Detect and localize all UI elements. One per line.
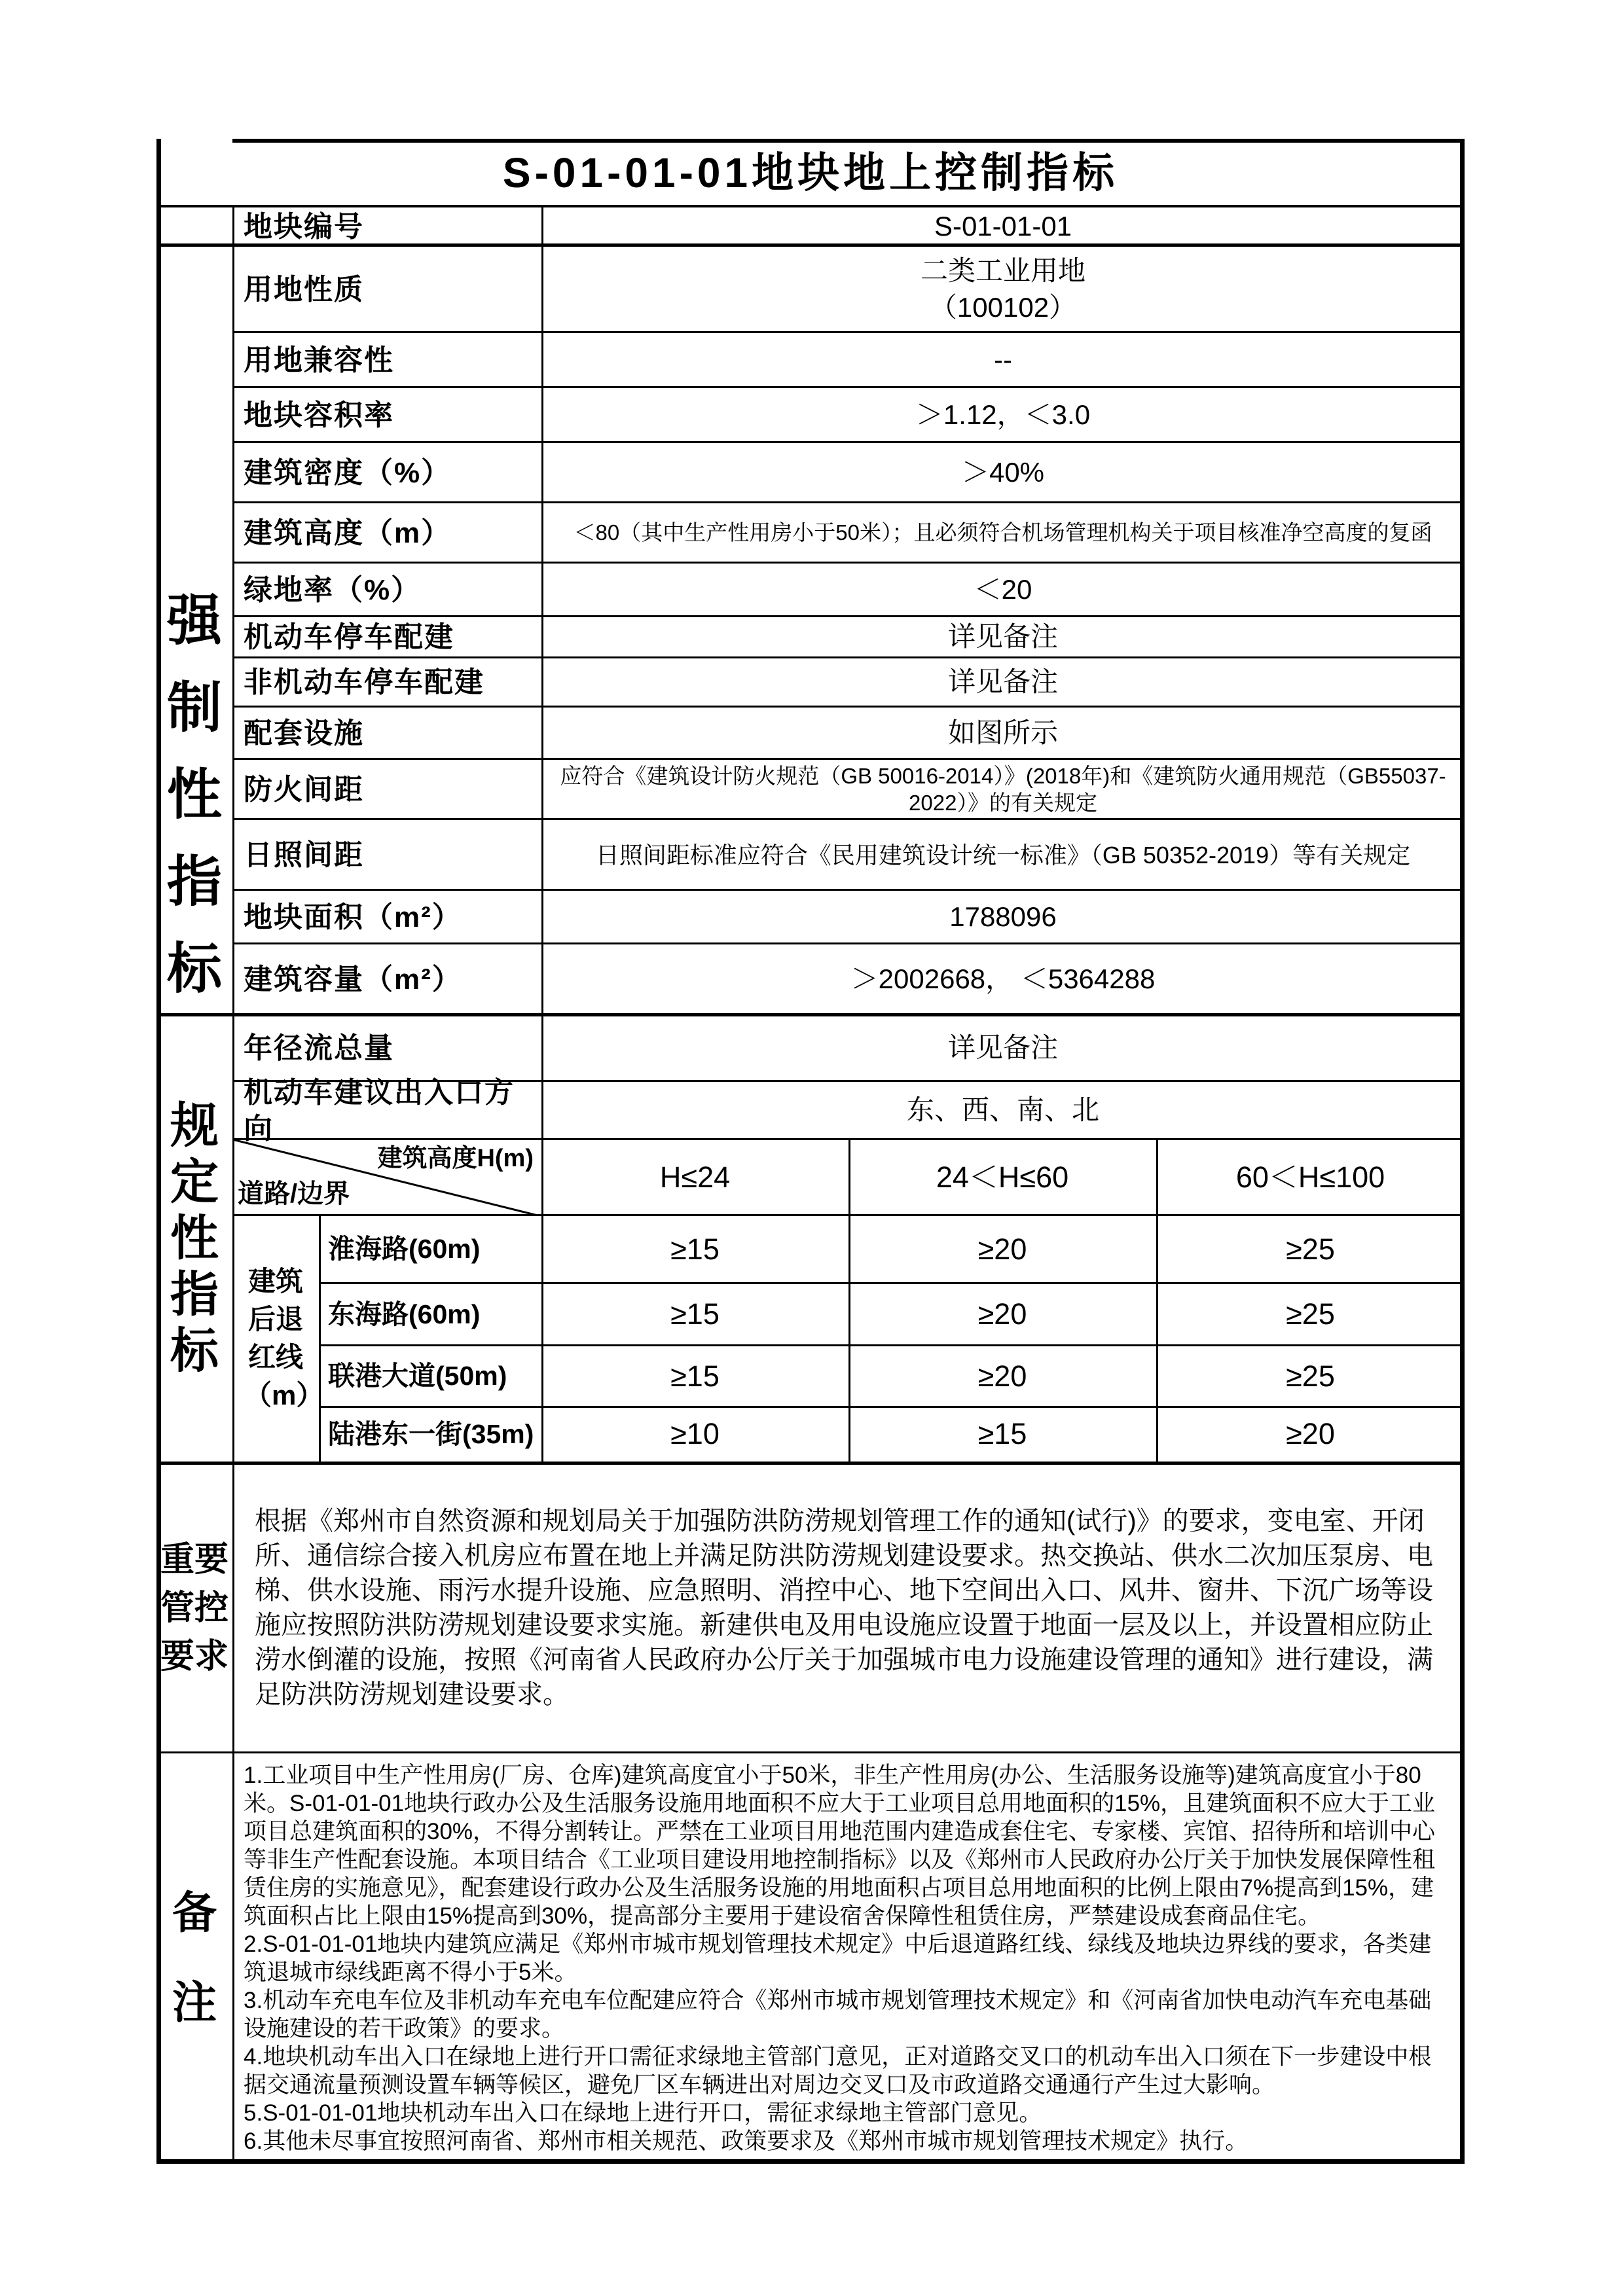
table-grid-line (232, 656, 1465, 658)
row-value-supporting-facilities: 如图所示 (541, 707, 1465, 759)
table-grid-line (156, 2159, 1465, 2164)
setback-value: ≥10 (541, 1407, 848, 1462)
section-label-remarks-text: 备注 (156, 1869, 232, 2048)
table-grid-line (232, 1080, 1465, 1082)
section-label-mandatory: 强制性指标 (156, 246, 232, 1015)
setback-col-header-3: 60＜H≤100 (1156, 1139, 1465, 1215)
remark-item-3: 3.机动车充电车位及非机动车充电车位配建应符合《郑州市城市规划管理技术规定》和《… (244, 1986, 1448, 2043)
row-value-nonmotor-parking: 详见备注 (541, 658, 1465, 707)
row-value-parking: 详见备注 (541, 617, 1465, 658)
row-label-nonmotor-parking: 非机动车停车配建 (232, 658, 541, 707)
row-value-annual-runoff: 详见备注 (541, 1015, 1465, 1081)
row-label-annual-runoff: 年径流总量 (232, 1015, 541, 1081)
table-grid-line (156, 139, 161, 2164)
table-grid-line (232, 441, 1465, 443)
row-value-plot-ratio: ＞1.12，＜3.0 (541, 387, 1465, 442)
setback-value: ≥25 (1156, 1283, 1465, 1346)
table-grid-line (1460, 139, 1465, 2164)
table-grid-line (1156, 1139, 1158, 1463)
table-grid-line (232, 706, 1465, 708)
management-requirements-cell: 根据《郑州市自然资源和规划局关于加强防洪防涝规划管理工作的通知(试行)》的要求，… (232, 1463, 1465, 1753)
setback-value: ≥20 (848, 1215, 1156, 1283)
setback-road-name: 联港大道(50m) (319, 1346, 541, 1407)
table-grid-line (232, 207, 234, 2164)
remark-item-1: 1.工业项目中生产性用房(厂房、仓库)建筑高度宜小于50米，非生产性用房(办公、… (244, 1761, 1448, 1930)
row-value-building-capacity: ＞2002668， ＜5364288 (541, 944, 1465, 1015)
setback-value: ≥20 (848, 1346, 1156, 1407)
setback-diagonal-header-cell: 建筑高度H(m) 道路/边界 (232, 1139, 541, 1215)
setback-value: ≥20 (848, 1283, 1156, 1346)
row-value-vehicle-entrance: 东、西、南、北 (541, 1081, 1465, 1139)
table-grid-line (156, 243, 1465, 247)
diagonal-header-top-label: 建筑高度H(m) (377, 1143, 534, 1175)
table-grid-line (156, 1462, 1465, 1465)
table-grid-line (541, 207, 543, 1463)
table-grid-line (156, 1013, 1465, 1016)
row-label-fire-distance: 防火间距 (232, 759, 541, 819)
setback-col-header-1: H≤24 (541, 1139, 848, 1215)
setback-road-name: 淮海路(60m) (319, 1215, 541, 1283)
setback-road-name: 东海路(60m) (319, 1283, 541, 1346)
table-grid-line (319, 1215, 321, 1463)
remarks-cell: 1.工业项目中生产性用房(厂房、仓库)建筑高度宜小于50米，非生产性用房(办公、… (232, 1753, 1465, 2164)
row-label-sunlight-distance: 日照间距 (232, 819, 541, 890)
diagonal-header-bottom-label: 道路/边界 (238, 1177, 350, 1210)
row-value-land-use: 二类工业用地 （100102） (541, 246, 1465, 332)
table-grid-line (232, 331, 1465, 333)
table-grid-line (232, 758, 1465, 760)
table-grid-line (232, 501, 1465, 503)
row-label-plot-area: 地块面积（m²） (232, 890, 541, 944)
setback-col-header-2: 24＜H≤60 (848, 1139, 1156, 1215)
remark-item-5: 5.S-01-01-01地块机动车出入口在绿地上进行开口，需征求绿地主管部门意见… (244, 2099, 1042, 2127)
row-value-plot-area: 1788096 (541, 890, 1465, 944)
row-label-building-density: 建筑密度（%） (232, 442, 541, 503)
setback-value: ≥15 (848, 1407, 1156, 1462)
section-label-remarks: 备注 (156, 1753, 232, 2164)
row-value-building-height: ＜80（其中生产性用房小于50米）；且必须符合机场管理机构关于项目核准净空高度的… (541, 503, 1465, 563)
row-label-green-ratio: 绿地率（%） (232, 563, 541, 617)
setback-side-label-text: 建筑后退红线（m） (244, 1263, 307, 1414)
planning-document-page: S-01-01-01地块地上控制指标 强制性指标 规定性指标 重要管控要求 备注… (0, 0, 1623, 2296)
remark-item-6: 6.其他未尽事宜按照河南省、郑州市相关规范、政策要求及《郑州市城市规划管理技术规… (244, 2127, 1248, 2155)
setback-value: ≥15 (541, 1215, 848, 1283)
table-grid-line (232, 615, 1465, 617)
remark-item-2: 2.S-01-01-01地块内建筑应满足《郑州市城市规划管理技术规定》中后退道路… (244, 1930, 1448, 1986)
table-grid-line (232, 942, 1465, 944)
table-grid-line (232, 889, 1465, 891)
section-label-regulatory: 规定性指标 (156, 1015, 232, 1462)
table-grid-line (156, 205, 1465, 207)
remark-item-4: 4.地块机动车出入口在绿地上进行开口需征求绿地主管部门意见，正对道路交叉口的机动… (244, 2043, 1448, 2099)
table-grid-line (232, 562, 1465, 564)
row-label-vehicle-entrance: 机动车建议出入口方向 (232, 1081, 541, 1139)
setback-value: ≥25 (1156, 1215, 1465, 1283)
row-label-building-height: 建筑高度（m） (232, 503, 541, 563)
table-grid-line (156, 1751, 1465, 1753)
row-label-plot-ratio: 地块容积率 (232, 387, 541, 442)
section-label-mandatory-text: 强制性指标 (156, 577, 232, 1015)
table-grid-line (232, 386, 1465, 388)
row-label-plot-number: 地块编号 (232, 207, 541, 246)
row-value-building-density: ＞40% (541, 442, 1465, 503)
table-grid-line (319, 1344, 1465, 1346)
setback-value: ≥20 (1156, 1407, 1465, 1462)
row-value-green-ratio: ＜20 (541, 563, 1465, 617)
section-label-management: 重要管控要求 (156, 1463, 232, 1753)
section-label-management-text: 重要管控要求 (156, 1535, 232, 1681)
row-label-parking: 机动车停车配建 (232, 617, 541, 658)
management-requirements-text: 根据《郑州市自然资源和规划局关于加强防洪防涝规划管理工作的通知(试行)》的要求，… (232, 1504, 1465, 1712)
setback-value: ≥15 (541, 1283, 848, 1346)
row-value-sunlight-distance: 日照间距标准应符合《民用建筑设计统一标准》（GB 50352-2019）等有关规… (541, 819, 1465, 890)
table-grid-line (848, 1139, 850, 1463)
section-label-regulatory-text: 规定性指标 (156, 1098, 232, 1379)
row-value-compatibility: -- (541, 332, 1465, 387)
setback-value: ≥25 (1156, 1346, 1465, 1407)
row-value-fire-distance: 应符合《建筑设计防火规范（GB 50016-2014）》(2018年)和《建筑防… (541, 759, 1465, 819)
table-grid-line (319, 1406, 1465, 1408)
setback-side-label: 建筑后退红线（m） (232, 1215, 319, 1462)
row-label-compatibility: 用地兼容性 (232, 332, 541, 387)
table-grid-line (232, 818, 1465, 820)
row-value-plot-number: S-01-01-01 (541, 207, 1465, 246)
row-label-building-capacity: 建筑容量（m²） (232, 944, 541, 1015)
table-grid-line (319, 1282, 1465, 1284)
row-label-supporting-facilities: 配套设施 (232, 707, 541, 759)
page-title: S-01-01-01地块地上控制指标 (156, 139, 1465, 207)
setback-road-name: 陆港东一街(35m) (319, 1407, 541, 1462)
setback-value: ≥15 (541, 1346, 848, 1407)
table-grid-line (232, 139, 1465, 143)
row-label-land-use: 用地性质 (232, 246, 541, 332)
